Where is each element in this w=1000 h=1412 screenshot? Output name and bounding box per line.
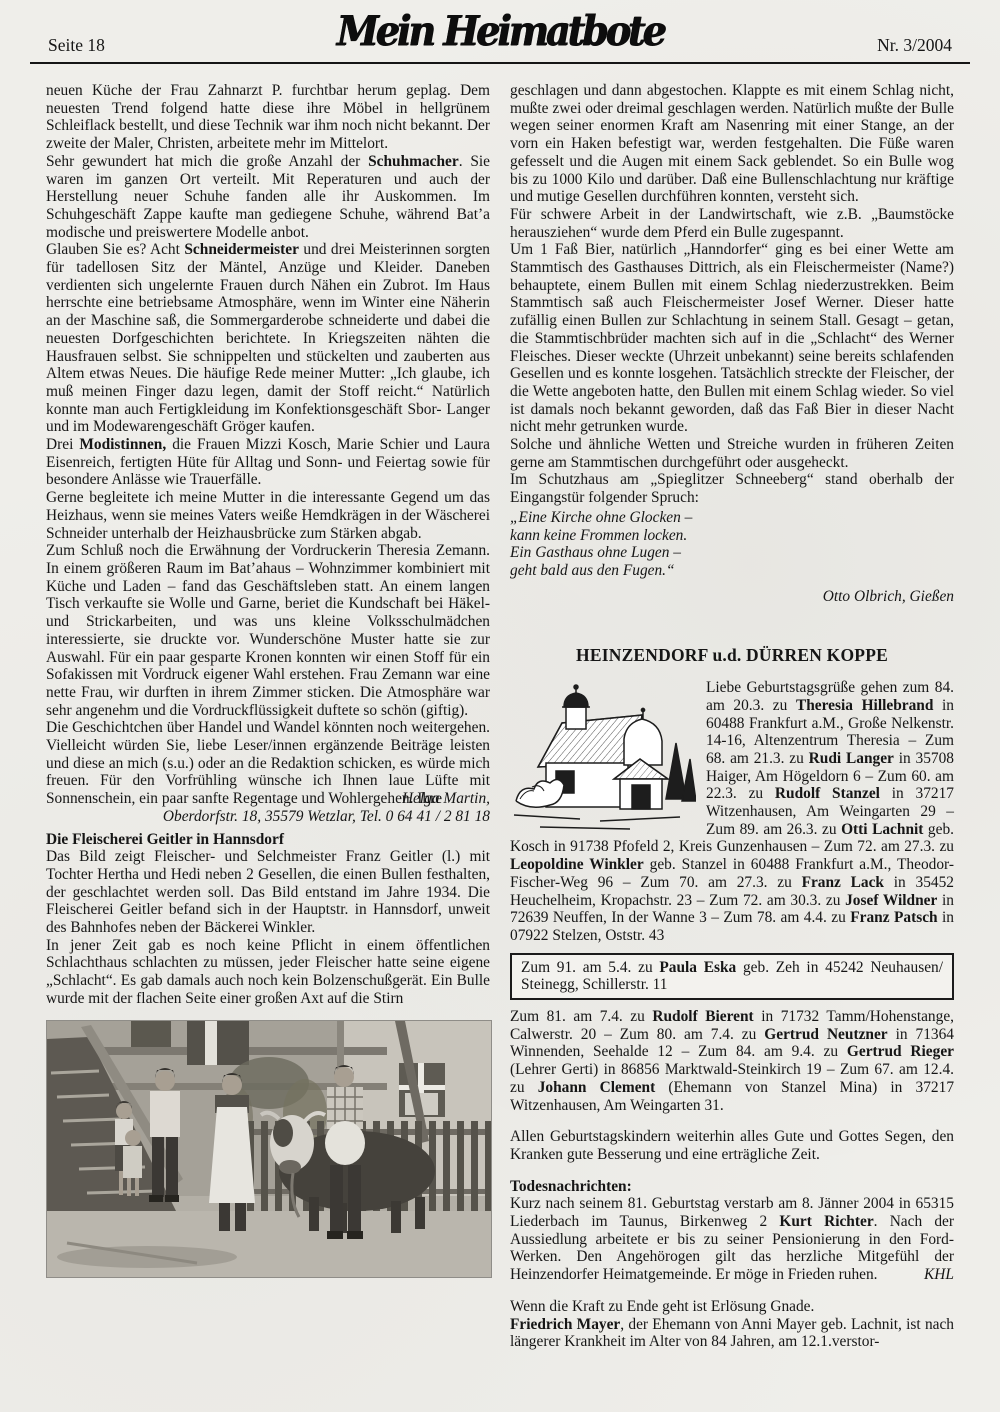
left-column: neuen Küche der Frau Zahnarzt P. furchtb…: [46, 82, 490, 1351]
signature-address: Oberdorfstr. 18, 35579 Wetzlar, Tel. 0 6…: [46, 808, 490, 826]
paragraph: geschlagen und dann abgestochen. Klappte…: [510, 82, 954, 206]
boxed-note-text: Zum 91. am 5.4. zu Paula Eska geb. Zeh i…: [521, 959, 943, 994]
historic-photo-graphic: [47, 1021, 491, 1277]
paragraph: Solche und ähnliche Wetten und Streiche …: [510, 436, 954, 471]
paragraph: Im Schutzhaus am „Spieglitzer Schneeberg…: [510, 471, 954, 506]
obituary-paragraph-2: Friedrich Mayer, der Ehemann von Anni Ma…: [510, 1316, 954, 1351]
paragraph: neuen Küche der Frau Zahnarzt P. furchtb…: [46, 82, 490, 153]
poem-line: Ein Gasthaus ohne Lugen –: [510, 544, 954, 562]
historic-photo: [46, 1020, 492, 1278]
obituary-heading: Todesnachrichten:: [510, 1178, 954, 1196]
paragraph: Zum Schluß noch die Erwähnung der Vordru…: [46, 542, 490, 719]
epigraph: Wenn die Kraft zu Ende geht ist Erlösung…: [510, 1298, 954, 1316]
paragraph: Gerne begleitete ich meine Mutter in die…: [46, 489, 490, 542]
section-heading-fleischerei: Die Fleischerei Geitler in Hannsdorf: [46, 831, 490, 849]
poem-line: geht bald aus den Fugen.“: [510, 562, 954, 580]
birthday-paragraph-2: Zum 81. am 7.4. zu Rudolf Bierent in 717…: [510, 1008, 954, 1114]
masthead-logo: Mein Heimatbote: [30, 6, 970, 55]
church-illustration: [510, 683, 696, 835]
poem-line: „Eine Kirche ohne Glocken –: [510, 509, 954, 527]
church-graphic: [510, 683, 696, 835]
boxed-birthday-note: Zum 91. am 5.4. zu Paula Eska geb. Zeh i…: [510, 953, 954, 1000]
section-heading-heinzendorf: HEINZENDORF u.d. DÜRREN KOPPE: [510, 647, 954, 665]
birthday-wishes: Allen Geburtstagskindern weiterhin alles…: [510, 1128, 954, 1163]
paragraph: Das Bild zeigt Fleischer- und Selchmeist…: [46, 848, 490, 937]
page-header: Seite 18 Mein Heimatbote Nr. 3/2004: [30, 0, 970, 64]
paragraph: Drei Modistinnen, die Frauen Mizzi Kosch…: [46, 436, 490, 489]
poem-author: Otto Olbrich, Gießen: [510, 588, 954, 606]
newsletter-page: Seite 18 Mein Heimatbote Nr. 3/2004 neue…: [0, 0, 1000, 1412]
poem-line: kann keine Frommen locken.: [510, 527, 954, 545]
issue-number: Nr. 3/2004: [877, 35, 952, 56]
paragraph: Um 1 Faß Bier, natürlich „Hanndorfer“ gi…: [510, 241, 954, 436]
paragraph: In jener Zeit gab es noch keine Pflicht …: [46, 937, 490, 1008]
birthday-block: Liebe Geburtstagsgrüße gehen zum 84. am …: [510, 679, 954, 945]
paragraph: Für schwere Arbeit in der Landwirtschaft…: [510, 206, 954, 241]
spruch-poem: „Eine Kirche ohne Glocken – kann keine F…: [510, 509, 954, 580]
right-column: geschlagen und dann abgestochen. Klappte…: [510, 82, 954, 1351]
two-column-body: neuen Küche der Frau Zahnarzt P. furchtb…: [0, 64, 1000, 1351]
paragraph: Sehr gewundert hat mich die große Anzahl…: [46, 153, 490, 242]
paragraph: Glauben Sie es? Acht Schneidermeister un…: [46, 241, 490, 436]
